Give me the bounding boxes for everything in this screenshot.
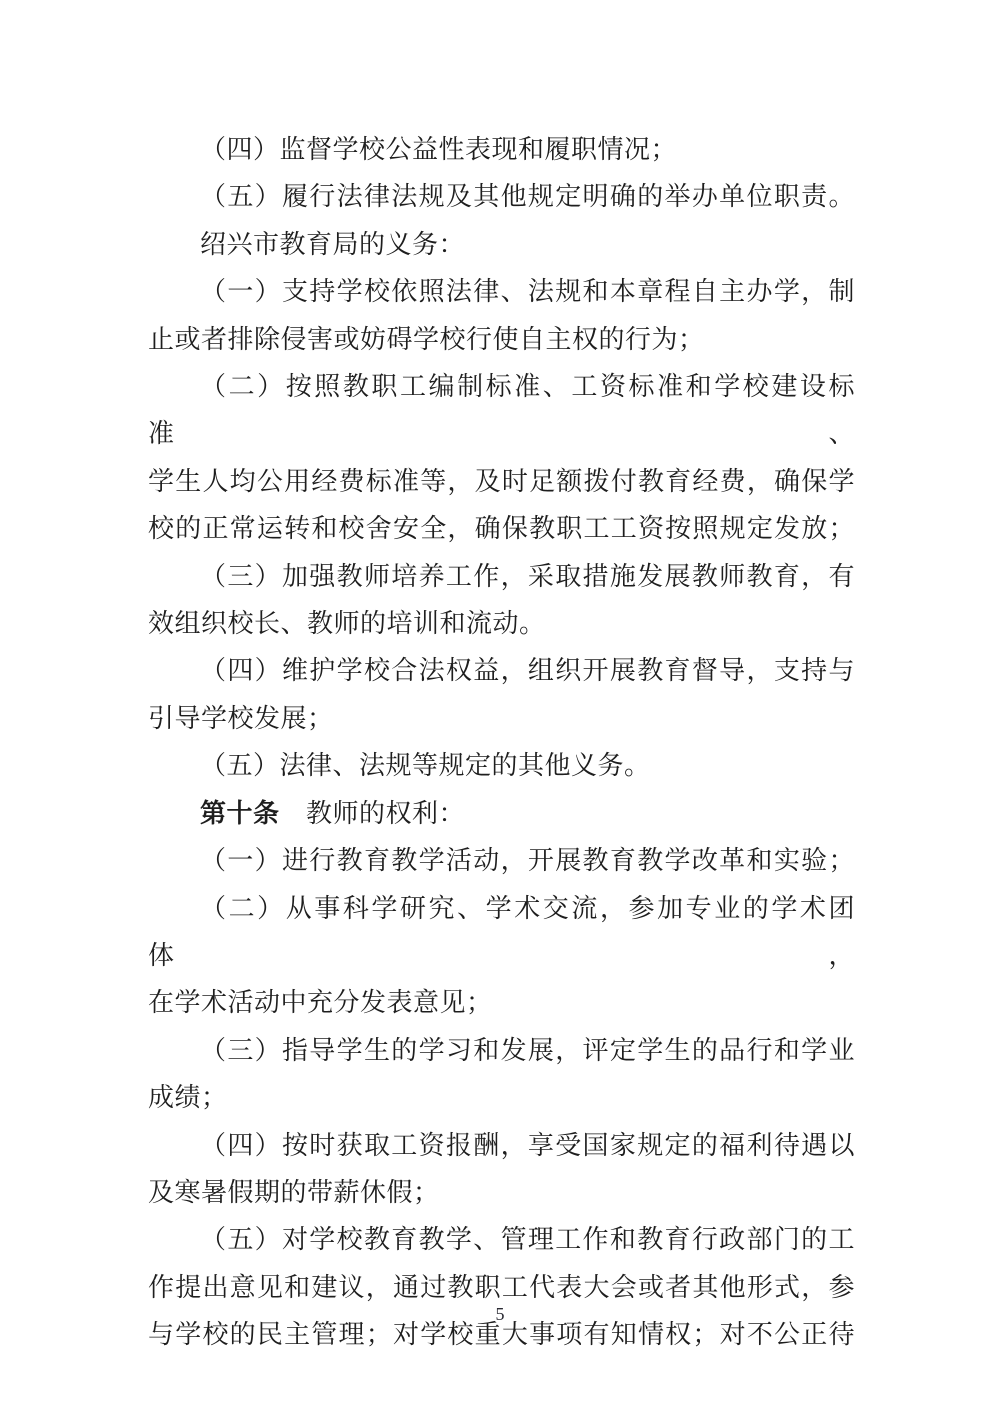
text-line: 止或者排除侵害或妨碍学校行使自主权的行为； xyxy=(148,316,855,363)
document-paragraph-article-heading: 第十条 教师的权利： xyxy=(148,790,855,837)
text-line: 在学术活动中充分发表意见； xyxy=(148,979,855,1026)
document-paragraph: （三）加强教师培养工作，采取措施发展教师教育，有 效组织校长、教师的培训和流动。 xyxy=(148,553,855,648)
document-paragraph: （四）监督学校公益性表现和履职情况； xyxy=(148,126,855,173)
text-line: （一）支持学校依照法律、法规和本章程自主办学，制 xyxy=(148,268,855,315)
document-paragraph: （二）按照教职工编制标准、工资标准和学校建设标准、 学生人均公用经费标准等，及时… xyxy=(148,363,855,553)
document-paragraph: （二）从事科学研究、学术交流，参加专业的学术团体， 在学术活动中充分发表意见； xyxy=(148,885,855,1027)
text-line: （五）法律、法规等规定的其他义务。 xyxy=(148,742,855,789)
text-line: （四）按时获取工资报酬，享受国家规定的福利待遇以 xyxy=(148,1122,855,1169)
text-line: （三）加强教师培养工作，采取措施发展教师教育，有 xyxy=(148,553,855,600)
document-body: （四）监督学校公益性表现和履职情况； （五）履行法律法规及其他规定明确的举办单位… xyxy=(148,126,855,1359)
text-line: （一）进行教育教学活动，开展教育教学改革和实验； xyxy=(148,837,855,884)
text-line: （四）维护学校合法权益，组织开展教育督导，支持与 xyxy=(148,647,855,694)
text-line: （四）监督学校公益性表现和履职情况； xyxy=(148,126,855,173)
page-number: 5 xyxy=(0,1300,1000,1328)
document-paragraph: （四）按时获取工资报酬，享受国家规定的福利待遇以 及寒暑假期的带薪休假； xyxy=(148,1122,855,1217)
text-line: 成绩； xyxy=(148,1074,855,1121)
document-paragraph: （一）支持学校依照法律、法规和本章程自主办学，制 止或者排除侵害或妨碍学校行使自… xyxy=(148,268,855,363)
text-line: （二）按照教职工编制标准、工资标准和学校建设标准、 xyxy=(148,363,855,458)
text-line: 及寒暑假期的带薪休假； xyxy=(148,1169,855,1216)
article-number-label: 第十条 xyxy=(200,799,280,828)
document-paragraph: （五）对学校教育教学、管理工作和教育行政部门的工 作提出意见和建议，通过教职工代… xyxy=(148,1216,855,1358)
text-line: （二）从事科学研究、学术交流，参加专业的学术团体， xyxy=(148,885,855,980)
document-paragraph: （三）指导学生的学习和发展，评定学生的品行和学业 成绩； xyxy=(148,1027,855,1122)
text-line: 引导学校发展； xyxy=(148,695,855,742)
document-paragraph: （五）履行法律法规及其他规定明确的举办单位职责。 xyxy=(148,173,855,220)
document-paragraph: （一）进行教育教学活动，开展教育教学改革和实验； xyxy=(148,837,855,884)
text-line: （五）履行法律法规及其他规定明确的举办单位职责。 xyxy=(148,173,855,220)
text-line: 效组织校长、教师的培训和流动。 xyxy=(148,600,855,647)
text-line: 学生人均公用经费标准等，及时足额拨付教育经费，确保学 xyxy=(148,458,855,505)
text-line: （三）指导学生的学习和发展，评定学生的品行和学业 xyxy=(148,1027,855,1074)
text-line: 绍兴市教育局的义务： xyxy=(148,221,855,268)
document-paragraph: （五）法律、法规等规定的其他义务。 xyxy=(148,742,855,789)
text-line: 校的正常运转和校舍安全，确保教职工工资按照规定发放； xyxy=(148,505,855,552)
document-page: （四）监督学校公益性表现和履职情况； （五）履行法律法规及其他规定明确的举办单位… xyxy=(0,0,1000,1415)
document-paragraph: 绍兴市教育局的义务： xyxy=(148,221,855,268)
text-line: （五）对学校教育教学、管理工作和教育行政部门的工 xyxy=(148,1216,855,1263)
document-paragraph: （四）维护学校合法权益，组织开展教育督导，支持与 引导学校发展； xyxy=(148,647,855,742)
text-line: 第十条 教师的权利： xyxy=(148,790,855,837)
article-heading-text: 教师的权利： xyxy=(280,799,466,828)
